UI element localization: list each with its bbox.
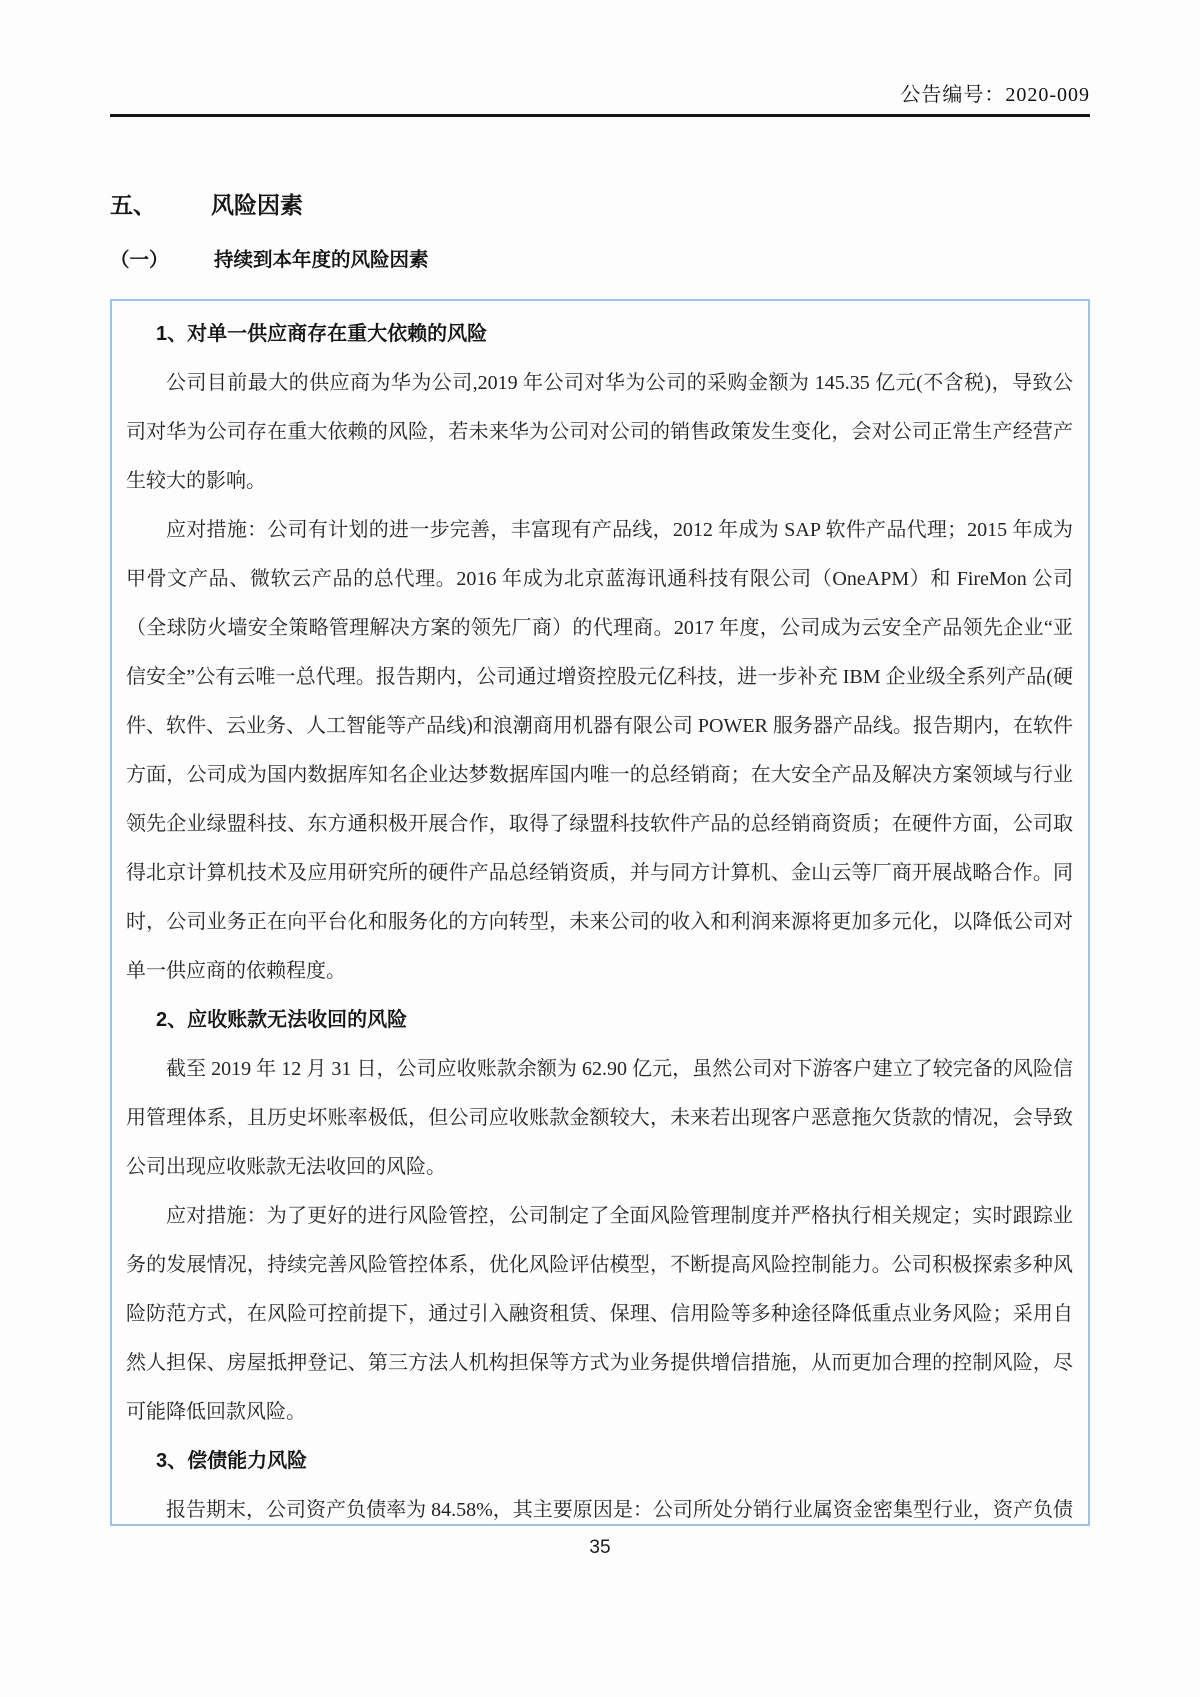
subsection-title: 持续到本年度的风险因素 — [214, 244, 429, 272]
risk-paragraph-receivables: 截至 2019 年 12 月 31 日，公司应收账款余额为 62.90 亿元，虽… — [126, 1045, 1073, 1192]
subsection-heading: （一） 持续到本年度的风险因素 — [110, 244, 1090, 272]
page-number: 35 — [0, 1537, 1200, 1559]
risk-heading-solvency: 3、偿债能力风险 — [126, 1437, 1073, 1486]
section-number: 五、 — [110, 187, 211, 220]
document-page: 公告编号：2020-009 五、 风险因素 （一） 持续到本年度的风险因素 1、… — [0, 0, 1200, 1697]
risk-heading-receivables: 2、应收账款无法收回的风险 — [126, 996, 1073, 1045]
section-title: 风险因素 — [211, 187, 303, 220]
risk-paragraph-solvency: 报告期末，公司资产负债率为 84.58%，其主要原因是：公司所处分销行业属资金密… — [126, 1486, 1073, 1526]
risk-paragraph-receivables-countermeasures: 应对措施：为了更好的进行风险管控，公司制定了全面风险管理制度并严格执行相关规定；… — [126, 1192, 1073, 1437]
risk-paragraph-supplier-dependence: 公司目前最大的供应商为华为公司,2019 年公司对华为公司的采购金额为 145.… — [126, 359, 1073, 506]
subsection-number: （一） — [110, 244, 214, 272]
risk-factors-box: 1、对单一供应商存在重大依赖的风险 公司目前最大的供应商为华为公司,2019 年… — [110, 299, 1090, 1526]
header-divider — [110, 114, 1090, 117]
risk-paragraph-supplier-countermeasures: 应对措施：公司有计划的进一步完善，丰富现有产品线，2012 年成为 SAP 软件… — [126, 506, 1073, 996]
page-content: 公告编号：2020-009 五、 风险因素 （一） 持续到本年度的风险因素 1、… — [0, 0, 1200, 1526]
section-heading: 五、 风险因素 — [110, 187, 1090, 220]
announcement-number: 公告编号：2020-009 — [110, 0, 1090, 107]
risk-heading-supplier-dependence: 1、对单一供应商存在重大依赖的风险 — [126, 310, 1073, 359]
